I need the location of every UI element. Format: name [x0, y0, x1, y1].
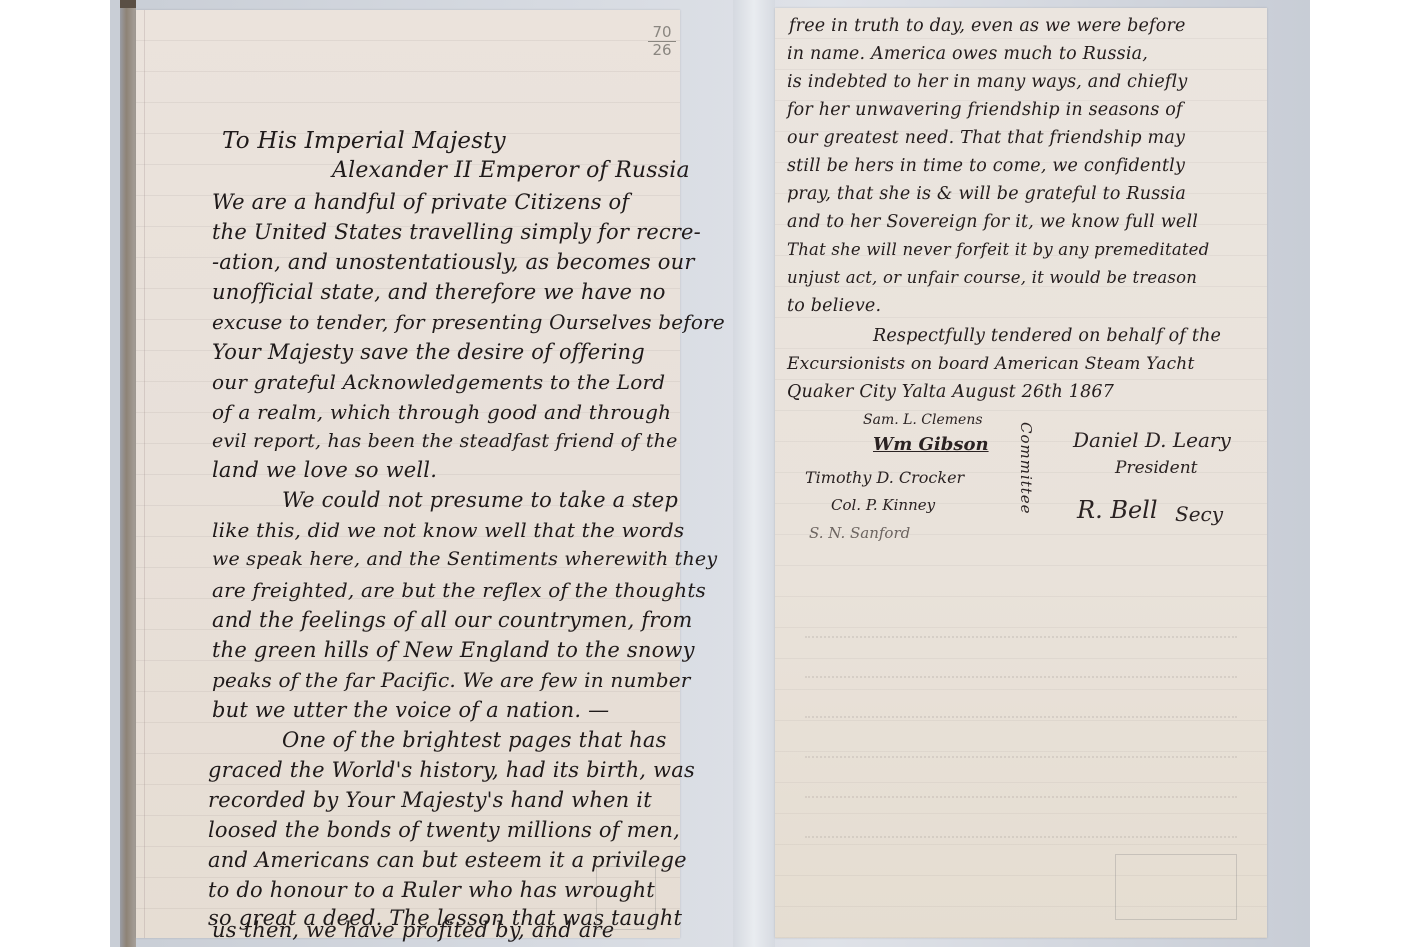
- bleed-through: [805, 708, 1237, 718]
- text-line: loosed the bonds of twenty millions of m…: [208, 818, 680, 842]
- signature-sanford: S. N. Sanford: [809, 524, 910, 542]
- bleed-through: [805, 828, 1237, 838]
- text-line: is indebted to her in many ways, and chi…: [787, 72, 1187, 92]
- text-line: our greatest need. That that friendship …: [787, 128, 1185, 148]
- text-line: the green hills of New England to the sn…: [212, 638, 695, 662]
- text-line: -ation, and unostentatiously, as becomes…: [212, 250, 695, 274]
- signature-kinney: Col. P. Kinney: [831, 496, 935, 514]
- folio-number: 70 26: [642, 24, 682, 59]
- archive-stamp: [596, 866, 656, 930]
- signature-crocker: Timothy D. Crocker: [805, 468, 964, 487]
- bleed-through: [805, 748, 1237, 758]
- text-line: we speak here, and the Sentiments wherew…: [212, 548, 717, 570]
- letter-page-left: 70 26 To His Imperial Majesty Alexander …: [136, 10, 680, 938]
- addressee: Alexander II Emperor of Russia: [332, 158, 690, 183]
- bleed-through: [805, 788, 1237, 798]
- signature-bell: R. Bell: [1077, 496, 1158, 524]
- text-line: like this, did we not know well that the…: [212, 518, 684, 542]
- signature-clemens: Sam. L. Clemens: [863, 412, 983, 428]
- text-line: of a realm, which through good and throu…: [212, 400, 671, 424]
- signature-leary: Daniel D. Leary: [1073, 428, 1231, 452]
- text-line: unofficial state, and therefore we have …: [212, 280, 666, 304]
- text-line: land we love so well.: [212, 458, 437, 482]
- bleed-through: [805, 628, 1237, 638]
- text-line: peaks of the far Pacific. We are few in …: [212, 668, 691, 692]
- letter-page-right: free in truth to day, even as we were be…: [775, 8, 1267, 938]
- book-gutter: [733, 0, 775, 947]
- text-line: unjust act, or unfair course, it would b…: [787, 268, 1197, 287]
- text-line: evil report, has been the steadfast frie…: [212, 430, 678, 452]
- closing-line: Excursionists on board American Steam Ya…: [787, 354, 1194, 374]
- text-line: the United States travelling simply for …: [212, 220, 701, 244]
- signature-leary-title: President: [1115, 458, 1198, 478]
- page-edge-stack: [120, 0, 136, 947]
- text-line: for her unwavering friendship in seasons…: [787, 100, 1183, 120]
- text-line: That she will never forfeit it by any pr…: [787, 240, 1209, 259]
- text-line: recorded by Your Majesty's hand when it: [208, 788, 652, 812]
- text-line: to do honour to a Ruler who has wrought: [208, 878, 655, 902]
- text-line: pray, that she is & will be grateful to …: [787, 184, 1186, 204]
- text-line: We are a handful of private Citizens of: [212, 190, 629, 214]
- bleed-through: [805, 668, 1237, 678]
- text-line: free in truth to day, even as we were be…: [789, 16, 1186, 36]
- committee-label: Committee: [1017, 422, 1035, 515]
- text-line: in name. America owes much to Russia,: [787, 44, 1148, 64]
- date-line: Quaker City Yalta August 26th 1867: [787, 382, 1114, 402]
- text-line: graced the World's history, had its birt…: [208, 758, 695, 782]
- text-line: to believe.: [787, 296, 881, 316]
- text-line: and the feelings of all our countrymen, …: [212, 608, 693, 632]
- salutation: To His Imperial Majesty: [222, 128, 506, 154]
- signature-gibson: Wm Gibson: [873, 434, 989, 455]
- archive-stamp: [1115, 854, 1237, 920]
- text-line: but we utter the voice of a nation. —: [212, 698, 609, 722]
- text-line: and to her Sovereign for it, we know ful…: [787, 212, 1198, 232]
- text-line: still be hers in time to come, we confid…: [787, 156, 1185, 176]
- signature-bell-title: Secy: [1175, 502, 1223, 526]
- text-line: excuse to tender, for presenting Ourselv…: [212, 310, 725, 334]
- text-line: Your Majesty save the desire of offering: [212, 340, 645, 364]
- text-line: One of the brightest pages that has: [282, 728, 667, 752]
- closing-line: Respectfully tendered on behalf of the: [873, 326, 1221, 346]
- text-line: us then, we have profited by, and are: [212, 918, 614, 942]
- text-line: We could not presume to take a step: [282, 488, 678, 512]
- text-line: are freighted, are but the reflex of the…: [212, 578, 706, 602]
- text-line: our grateful Acknowledgements to the Lor…: [212, 370, 665, 394]
- margin-rule: [144, 10, 145, 938]
